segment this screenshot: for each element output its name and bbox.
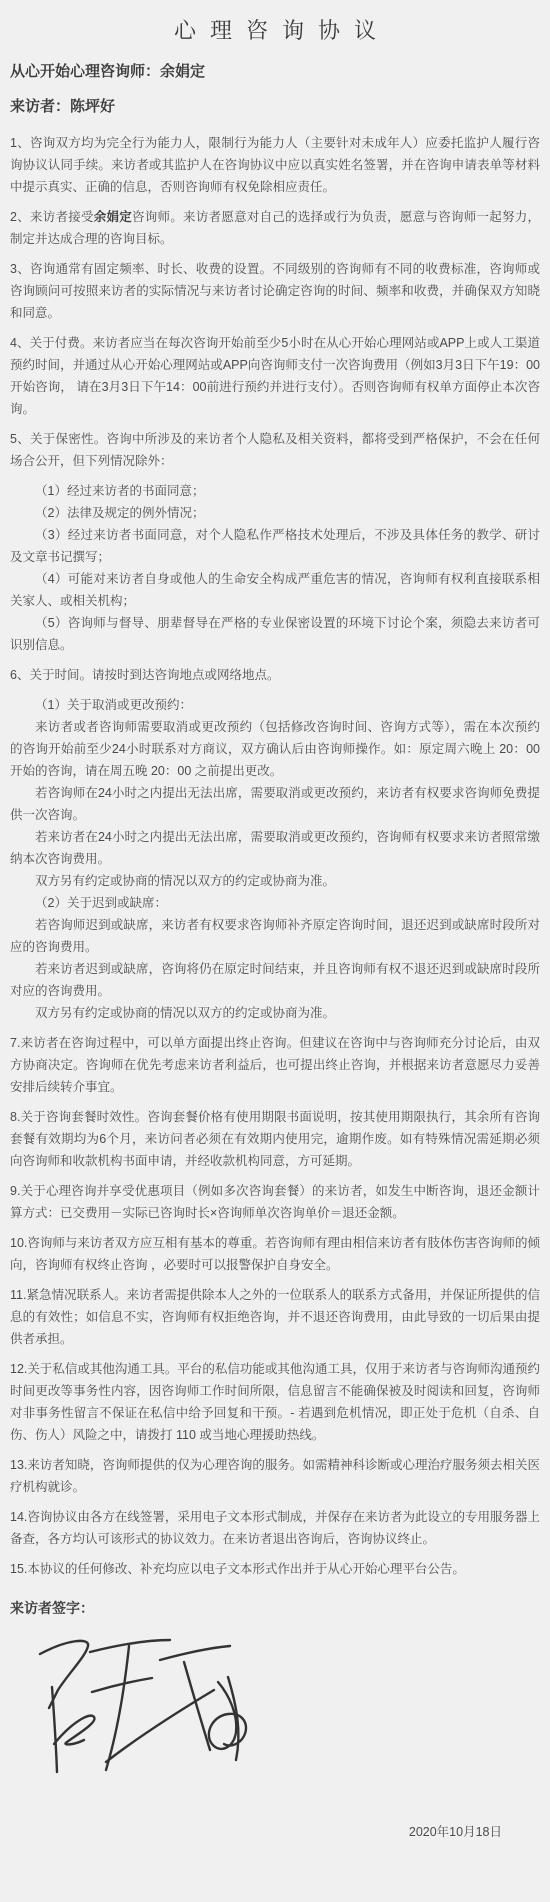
clause-paragraph: 14.咨询协议由各方在线签署，采用电子文本形式制成，并保存在来访者为此设立的专用… (10, 1506, 540, 1550)
signature-label: 来访者签字： (10, 1598, 540, 1618)
clause-subparagraph: （2）法律及规定的例外情况； (10, 502, 540, 524)
clause-subparagraph: （1）经过来访者的书面同意； (10, 480, 540, 502)
counselor-name-bold: 余娟定 (94, 210, 132, 224)
clause-subparagraph: 双方另有约定或协商的情况以双方的约定或协商为准。 (10, 1002, 540, 1024)
clause-text: 6、关于时间。请按时到达咨询地点或网络地点。 (10, 668, 279, 682)
clause-text: 来访者或者咨询师需要取消或更改预约（包括修改咨询时间、咨询方式等），需在本次预约… (10, 720, 540, 778)
clause-subparagraph: 若咨询师在24小时之内提出无法出席，需要取消或更改预约，来访者有权要求咨询师免费… (10, 782, 540, 826)
clause-text: 10.咨询师与来访者双方应互相有基本的尊重。若咨询师有理由相信来访者有肢体伤害咨… (10, 1236, 540, 1272)
clause-paragraph: 6、关于时间。请按时到达咨询地点或网络地点。 (10, 664, 540, 686)
clause-text: 双方另有约定或协商的情况以双方的约定或协商为准。 (35, 874, 335, 888)
agreement-body: 1、咨询双方均为完全行为能力人，限制行为能力人（主要针对未成年人）应委托监护人履… (10, 132, 540, 1580)
clause-subparagraph: （2）关于迟到或缺席： (10, 892, 540, 914)
date-line: 2020年10月18日 (10, 1822, 540, 1842)
clause-text: 3、咨询通常有固定频率、时长、收费的设置。不同级别的咨询师有不同的收费标准，咨询… (10, 262, 540, 320)
clause-text: 双方另有约定或协商的情况以双方的约定或协商为准。 (35, 1006, 335, 1020)
clause-text: 2、来访者接受 (10, 210, 94, 224)
clause-text: 若来访者迟到或缺席，咨询将仍在原定时间结束，并且咨询师有权不退还迟到或缺席时段所… (10, 962, 540, 998)
signature-image (32, 1632, 284, 1792)
clause-text: （4）可能对来访者自身或他人的生命安全构成严重危害的情况，咨询师有权利直接联系相… (10, 572, 540, 608)
counselor-line: 从心开始心理咨询师：余娟定 (10, 62, 540, 82)
clause-text: 8.关于咨询套餐时效性。咨询套餐价格有使用期限书面说明，按其使用期限执行，其余所… (10, 1110, 540, 1168)
clause-paragraph: 13.来访者知晓，咨询师提供的仅为心理咨询的服务。如需精神科诊断或心理治疗服务须… (10, 1454, 540, 1498)
clause-text: （1）经过来访者的书面同意； (35, 484, 204, 498)
clause-text: （2）关于迟到或缺席： (35, 896, 167, 910)
clause-text: 若咨询师在24小时之内提出无法出席，需要取消或更改预约，来访者有权要求咨询师免费… (10, 786, 540, 822)
visitor-handwritten-signature (32, 1632, 284, 1792)
clause-subparagraph: 若咨询师迟到或缺席，来访者有权要求咨询师补齐原定咨询时间，退还迟到或缺席时段所对… (10, 914, 540, 958)
clause-paragraph: 5、关于保密性。咨询中所涉及的来访者个人隐私及相关资料，都将受到严格保护，不会在… (10, 428, 540, 472)
clause-paragraph: 2、来访者接受余娟定咨询师。来访者愿意对自己的选择或行为负责，愿意与咨询师一起努… (10, 206, 540, 250)
clause-paragraph: 9.关于心理咨询并享受优惠项目（例如多次咨询套餐）的来访者，如发生中断咨询，退还… (10, 1180, 540, 1224)
clause-paragraph: 15.本协议的任何修改、补充均应以电子文本形式作出并于从心开始心理平台公告。 (10, 1558, 540, 1580)
clause-text: 5、关于保密性。咨询中所涉及的来访者个人隐私及相关资料，都将受到严格保护，不会在… (10, 432, 540, 468)
clause-text: 15.本协议的任何修改、补充均应以电子文本形式作出并于从心开始心理平台公告。 (10, 1562, 465, 1576)
clause-paragraph: 10.咨询师与来访者双方应互相有基本的尊重。若咨询师有理由相信来访者有肢体伤害咨… (10, 1232, 540, 1276)
clause-paragraph: 3、咨询通常有固定频率、时长、收费的设置。不同级别的咨询师有不同的收费标准，咨询… (10, 258, 540, 324)
clause-text: 11.紧急情况联系人。来访者需提供除本人之外的一位联系人的联系方式备用，并保证所… (10, 1288, 540, 1346)
clause-subparagraph: 来访者或者咨询师需要取消或更改预约（包括修改咨询时间、咨询方式等），需在本次预约… (10, 716, 540, 782)
clause-text: 7.来访者在咨询过程中，可以单方面提出终止咨询。但建议在咨询中与咨询师充分讨论后… (10, 1036, 540, 1094)
clause-paragraph: 4、关于付费。来访者应当在每次咨询开始前至少5小时在从心开始心理网站或APP上或… (10, 332, 540, 420)
clause-subparagraph: 若来访者在24小时之内提出无法出席，需要取消或更改预约，咨询师有权要求来访者照常… (10, 826, 540, 870)
clause-subparagraph: （1）关于取消或更改预约： (10, 694, 540, 716)
clause-subparagraph: （5）咨询师与督导、朋辈督导在严格的专业保密设置的环境下讨论个案，须隐去来访者可… (10, 612, 540, 656)
clause-paragraph: 8.关于咨询套餐时效性。咨询套餐价格有使用期限书面说明，按其使用期限执行，其余所… (10, 1106, 540, 1172)
page-title: 心理咨询协议 (10, 16, 540, 46)
clause-text: 13.来访者知晓，咨询师提供的仅为心理咨询的服务。如需精神科诊断或心理治疗服务须… (10, 1458, 540, 1494)
clause-text: （1）关于取消或更改预约： (35, 698, 192, 712)
clause-text: （2）法律及规定的例外情况； (35, 506, 204, 520)
visitor-line: 来访者：陈坪好 (10, 97, 540, 117)
clause-paragraph: 11.紧急情况联系人。来访者需提供除本人之外的一位联系人的联系方式备用，并保证所… (10, 1284, 540, 1350)
clause-text: （3）经过来访者书面同意，对个人隐私作严格技术处理后，不涉及具体任务的教学、研讨… (10, 528, 540, 564)
clause-subparagraph: （3）经过来访者书面同意，对个人隐私作严格技术处理后，不涉及具体任务的教学、研讨… (10, 524, 540, 568)
clause-text: 12.关于私信或其他沟通工具。平台的私信功能或其他沟通工具，仅用于来访者与咨询师… (10, 1362, 540, 1442)
clause-paragraph: 12.关于私信或其他沟通工具。平台的私信功能或其他沟通工具，仅用于来访者与咨询师… (10, 1358, 540, 1446)
clause-text: 1、咨询双方均为完全行为能力人，限制行为能力人（主要针对未成年人）应委托监护人履… (10, 136, 540, 194)
clause-text: 若咨询师迟到或缺席，来访者有权要求咨询师补齐原定咨询时间，退还迟到或缺席时段所对… (10, 918, 540, 954)
clause-paragraph: 7.来访者在咨询过程中，可以单方面提出终止咨询。但建议在咨询中与咨询师充分讨论后… (10, 1032, 540, 1098)
clause-text: 14.咨询协议由各方在线签署，采用电子文本形式制成，并保存在来访者为此设立的专用… (10, 1510, 540, 1546)
clause-paragraph: 1、咨询双方均为完全行为能力人，限制行为能力人（主要针对未成年人）应委托监护人履… (10, 132, 540, 198)
clause-subparagraph: （4）可能对来访者自身或他人的生命安全构成严重危害的情况，咨询师有权利直接联系相… (10, 568, 540, 612)
clause-text: 4、关于付费。来访者应当在每次咨询开始前至少5小时在从心开始心理网站或APP上或… (10, 336, 540, 416)
clause-subparagraph: 双方另有约定或协商的情况以双方的约定或协商为准。 (10, 870, 540, 892)
clause-subparagraph: 若来访者迟到或缺席，咨询将仍在原定时间结束，并且咨询师有权不退还迟到或缺席时段所… (10, 958, 540, 1002)
clause-text: 9.关于心理咨询并享受优惠项目（例如多次咨询套餐）的来访者，如发生中断咨询，退还… (10, 1184, 540, 1220)
clause-text: （5）咨询师与督导、朋辈督导在严格的专业保密设置的环境下讨论个案，须隐去来访者可… (10, 616, 540, 652)
clause-text: 若来访者在24小时之内提出无法出席，需要取消或更改预约，咨询师有权要求来访者照常… (10, 830, 540, 866)
agreement-document: 心理咨询协议 从心开始心理咨询师：余娟定 来访者：陈坪好 1、咨询双方均为完全行… (0, 0, 550, 1902)
